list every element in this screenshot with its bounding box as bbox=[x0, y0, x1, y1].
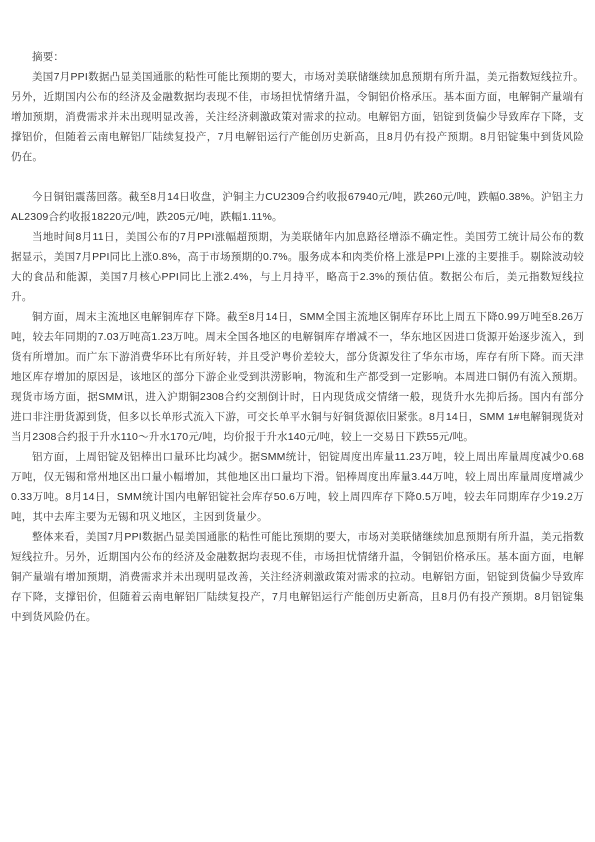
paragraph-copper: 铜方面，周末主流地区电解铜库存下降。截至8月14日，SMM全国主流地区铜库存环比… bbox=[11, 307, 584, 447]
summary-heading: 摘要： bbox=[11, 47, 584, 67]
summary-paragraph: 美国7月PPI数据凸显美国通胀的粘性可能比预期的要大，市场对美联储继续加息预期有… bbox=[11, 67, 584, 167]
paragraph-aluminum: 铝方面，上周铝锭及铝棒出口量环比均减少。据SMM统计，铝锭周度出库量11.23万… bbox=[11, 447, 584, 527]
paragraph-overall-view: 整体来看，美国7月PPI数据凸显美国通胀的粘性可能比预期的要大，市场对美联储继续… bbox=[11, 527, 584, 627]
paragraph-us-ppi: 当地时间8月11日，美国公布的7月PPI涨幅超预期，为美联储年内加息路径增添不确… bbox=[11, 227, 584, 307]
paragraph-market-close: 今日铜铝震荡回落。截至8月14日收盘，沪铜主力CU2309合约收报67940元/… bbox=[11, 187, 584, 227]
document-page: 摘要： 美国7月PPI数据凸显美国通胀的粘性可能比预期的要大，市场对美联储继续加… bbox=[0, 0, 595, 842]
document-body: 摘要： 美国7月PPI数据凸显美国通胀的粘性可能比预期的要大，市场对美联储继续加… bbox=[11, 47, 584, 627]
